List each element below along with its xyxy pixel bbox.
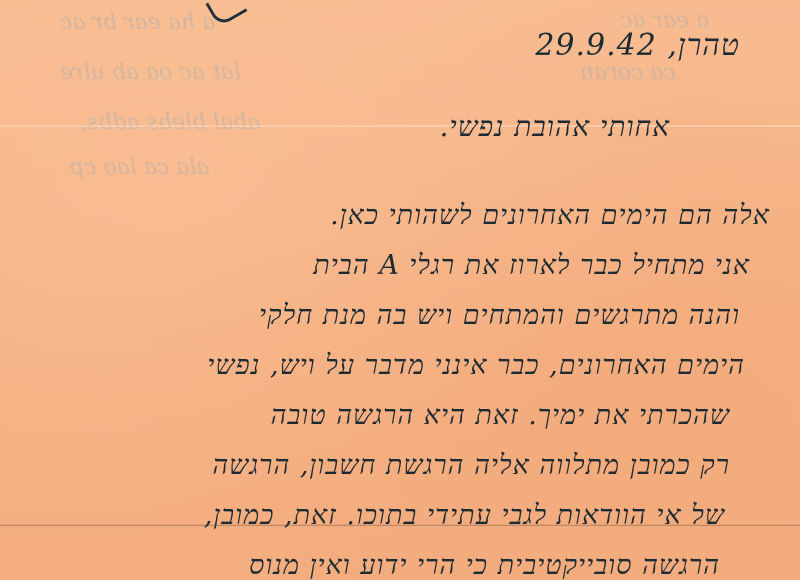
- letter-body-line: והנה מתרגשים והמתחים ויש בה מנת חלקי: [259, 300, 740, 331]
- letter-body-line: של אי הוודאות לגבי עתידי בתוכו. זאת, כמו…: [204, 500, 725, 531]
- letter-body-line: אני מתחיל כבר לארוז את רגלי A הבית: [313, 250, 750, 281]
- letter-paper: [0, 0, 800, 580]
- letter-body-line: הרגשה סובייקטיבית כי הרי ידוע ואין מנוס: [249, 550, 720, 580]
- paper-fold-line: [0, 125, 800, 127]
- letter-place-date: טהרן, 29.9.42: [535, 28, 740, 63]
- letter-body-line: אלה הם הימים האחרונים לשהותי כאן.: [330, 200, 770, 231]
- letter-body-line: הימים האחרונים, כבר אינני מדבר על ויש, נ…: [207, 350, 745, 381]
- letter-body-line: שהכרתי את ימיך. זאת היא הרגשה טובה: [271, 400, 730, 431]
- bleed-through-text: lat ac oa ab ulre: [60, 60, 241, 85]
- bleed-through-text: ca coran: [580, 60, 676, 85]
- letter-salutation: אחותי אהובת נפשי.: [439, 110, 670, 144]
- bleed-through-text: ala ca lao cp: [70, 155, 210, 180]
- bleed-through-text: a ha ear br ac: [60, 10, 215, 35]
- letter-body-line: רק כמובן מתלווה אליה הרגשת חשבון, הרגשה: [212, 450, 730, 481]
- bleed-through-text: abal blebs adbs,: [80, 110, 260, 135]
